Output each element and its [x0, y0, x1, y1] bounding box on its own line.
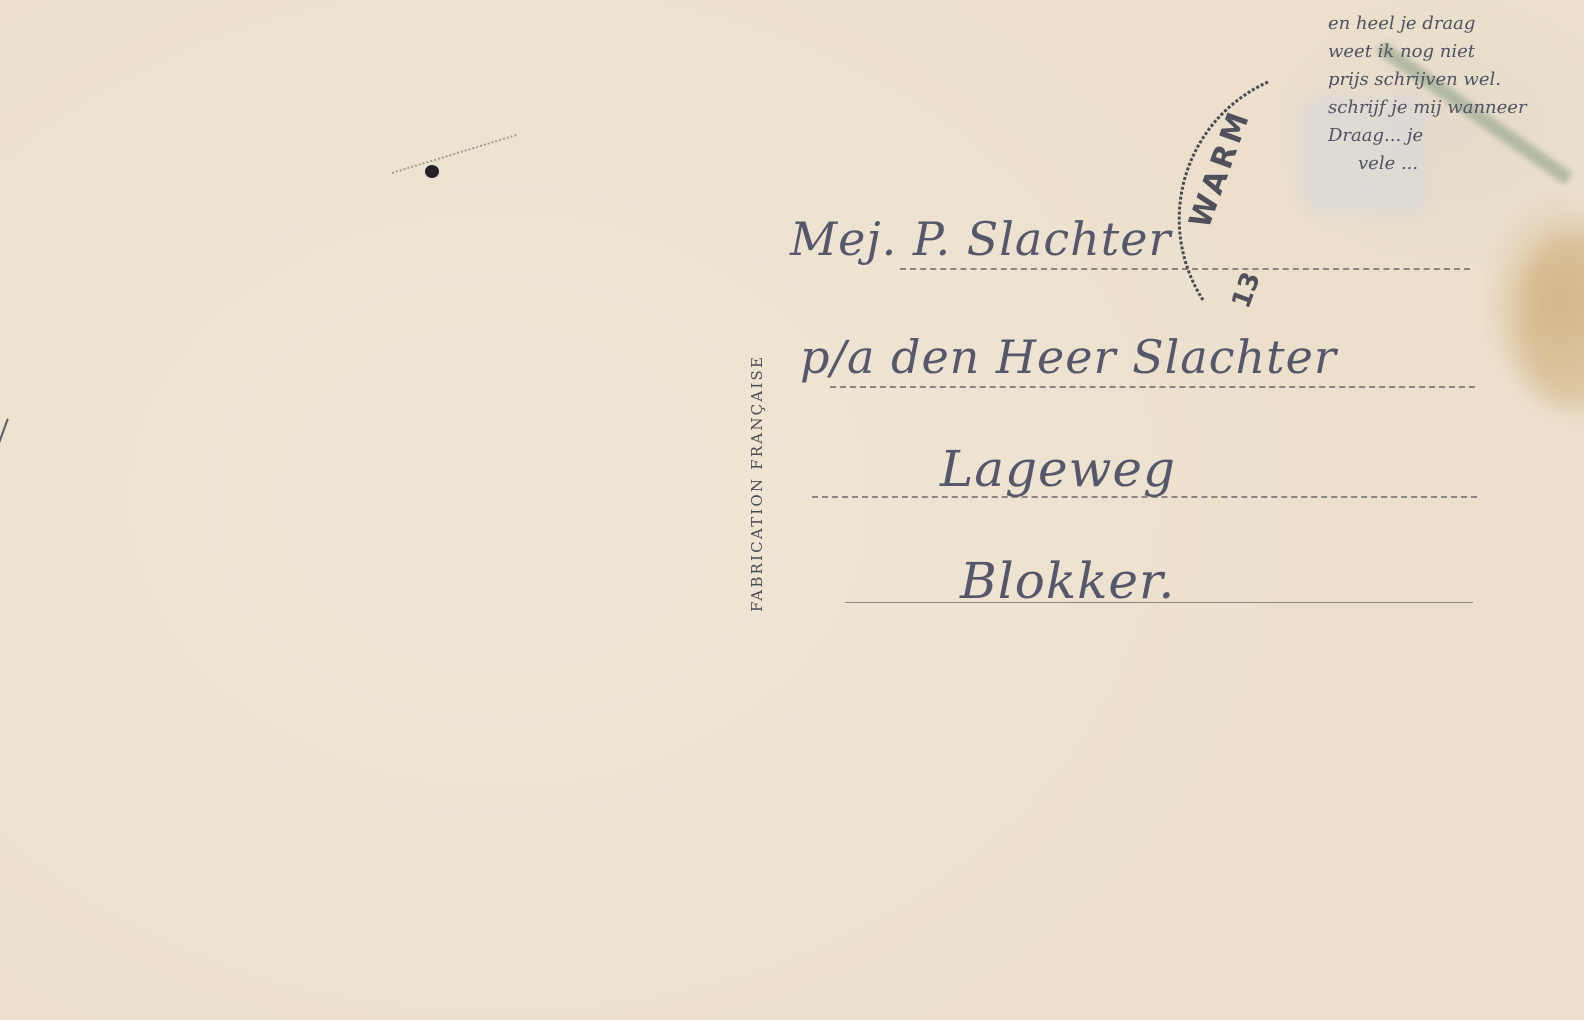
postcard-back: FABRICATION FRANÇAISE WARM 13 en heel je… [0, 0, 1584, 1020]
address-line-recipient: Mej. P. Slachter [790, 212, 1171, 266]
address-line-care-of: p/a den Heer Slachter [800, 330, 1337, 384]
pencil-mark [0, 419, 9, 446]
note-line: Draag... je [1328, 122, 1584, 150]
postmark-date: 13 [1226, 268, 1267, 312]
water-stain [1515, 230, 1584, 410]
handwritten-note: en heel je draag weet ik nog niet prijs … [1328, 10, 1584, 178]
postmark-text: WARM [1183, 104, 1258, 232]
ink-trail [392, 134, 517, 174]
note-line: vele ... [1328, 150, 1584, 178]
address-line-street: Lageweg [940, 440, 1176, 498]
note-line: prijs schrijven wel. [1328, 66, 1584, 94]
address-guide-line-1 [900, 268, 1470, 270]
address-line-town: Blokker. [960, 552, 1175, 610]
address-guide-line-2 [830, 386, 1475, 388]
ink-blot [425, 165, 439, 178]
note-line: schrijf je mij wanneer [1328, 94, 1584, 122]
note-line: en heel je draag [1328, 10, 1584, 38]
manufacturer-imprint: FABRICATION FRANÇAISE [748, 355, 766, 612]
note-line: weet ik nog niet [1328, 38, 1584, 66]
